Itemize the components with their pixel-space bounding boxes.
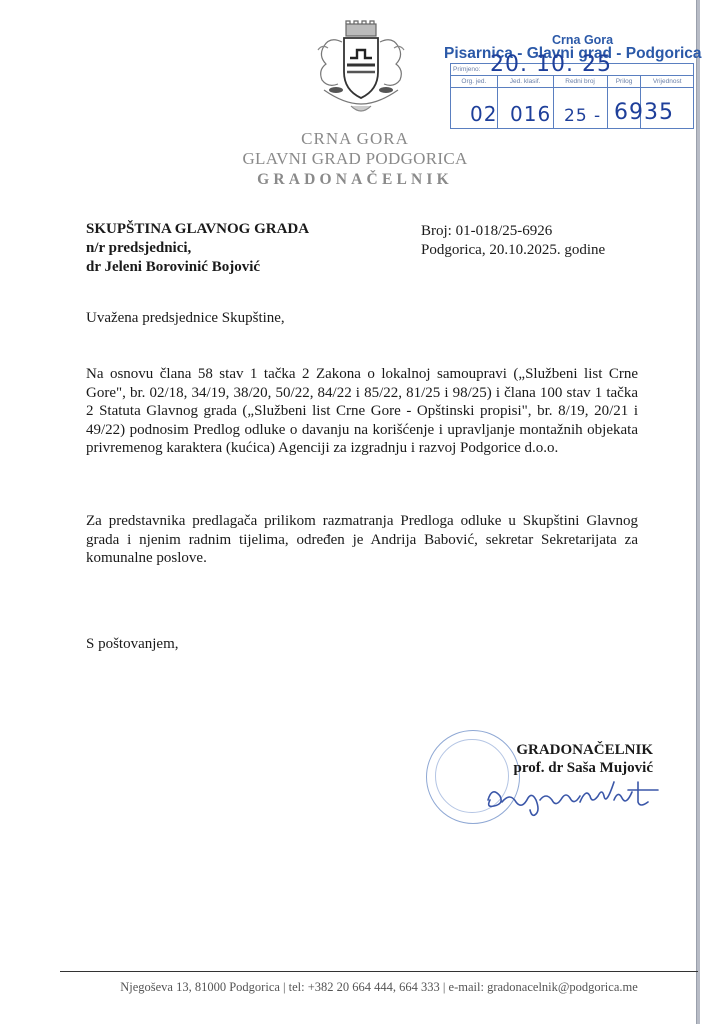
- stamp-col-vrijednost: Vrijednost: [641, 76, 694, 88]
- body-paragraph-2: Za predstavnika predlagača prilikom razm…: [86, 512, 638, 568]
- stamp-col-org: Org. jed.: [451, 76, 498, 88]
- recipient-institution: SKUPŠTINA GLAVNOG GRADA: [86, 220, 309, 239]
- recipient-block: SKUPŠTINA GLAVNOG GRADA n/r predsjednici…: [86, 220, 309, 277]
- registry-stamp: Crna Gora Pisarnica - Glavni grad - Podg…: [452, 30, 696, 126]
- stamp-received-date: 20. 10. 25: [490, 52, 612, 77]
- letterhead-city: GLAVNI GRAD PODGORICA: [230, 149, 480, 169]
- document-place-date: Podgorica, 20.10.2025. godine: [421, 241, 605, 260]
- letterhead-country: CRNA GORA: [230, 129, 480, 149]
- stamp-col-redni: Redni broj: [553, 76, 607, 88]
- footer-contact: Njegoševa 13, 81000 Podgorica | tel: +38…: [60, 980, 698, 995]
- salutation: Uvažena predsjednice Skupštine,: [86, 310, 285, 327]
- document-meta: Broj: 01-018/25-6926 Podgorica, 20.10.20…: [421, 222, 605, 260]
- letterhead: CRNA GORA GLAVNI GRAD PODGORICA GRADONAČ…: [230, 129, 480, 191]
- stamp-prilog: 6935: [614, 100, 674, 125]
- stamp-col-klasif: Jed. klasif.: [497, 76, 553, 88]
- signature-block: GRADONAČELNIK prof. dr Saša Mujović: [493, 741, 653, 777]
- letterhead-office: GRADONAČELNIK: [230, 169, 480, 191]
- signatory-name: prof. dr Saša Mujović: [493, 759, 653, 777]
- page-edge-line: [696, 0, 700, 1024]
- recipient-name: dr Jeleni Borovinić Bojović: [86, 258, 309, 277]
- document-number: Broj: 01-018/25-6926: [421, 222, 605, 241]
- stamp-jed-klasif: 016: [510, 102, 551, 126]
- footer-divider: [60, 971, 698, 972]
- coat-of-arms-icon: [306, 20, 416, 120]
- body-paragraph-1: Na osnovu člana 58 stav 1 tačka 2 Zakona…: [86, 365, 638, 458]
- stamp-org-jed: 02: [470, 102, 497, 126]
- signatory-title: GRADONAČELNIK: [493, 741, 653, 759]
- closing: S poštovanjem,: [86, 636, 179, 653]
- recipient-attention: n/r predsjednici,: [86, 239, 309, 258]
- stamp-redni-broj: 25 -: [564, 106, 601, 126]
- stamp-col-prilog: Prilog: [607, 76, 641, 88]
- handwritten-signature-icon: [478, 778, 688, 818]
